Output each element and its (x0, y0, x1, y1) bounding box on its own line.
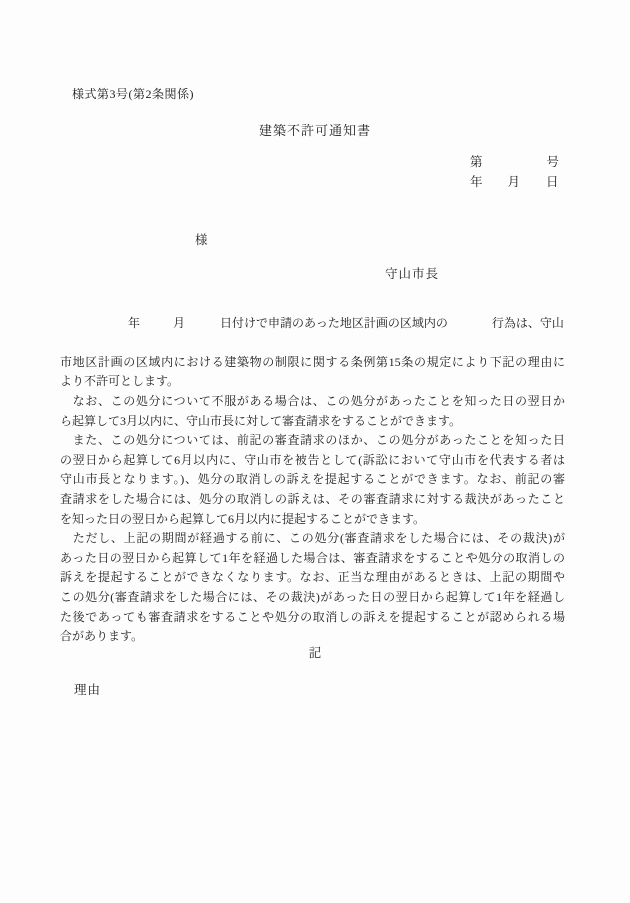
document-title: 建築不許可通知書 (0, 120, 630, 139)
document-number-blank-field (483, 165, 547, 166)
body-line: の翌日から起算して6月以内に、守山市を被告として(訴訟において守山市を代表する者… (60, 451, 565, 471)
body-line: 守山市長となります。)、処分の取消しの訴えを提起することができます。なお、前記の… (60, 470, 565, 490)
date-line: 年月日 (470, 172, 559, 192)
body-intro-line: 年月日付けで申請のあった地区計画の区域内の行為は、守山 (60, 294, 565, 353)
document-page: 様式第3号(第2条関係) 建築不許可通知書 第号 年月日 様 守山市長 年月日付… (0, 0, 630, 903)
body-line: ら起算して3月以内に、守山市長に対して審査請求をすることができます。 (60, 412, 565, 432)
ki-marker: 記 (0, 643, 630, 661)
date-year-label: 年 (470, 175, 483, 189)
date-month-blank-field (483, 185, 508, 186)
number-date-block: 第号 年月日 (470, 152, 559, 192)
body-line: 市地区計画の区域内における建築物の制限に関する条例第15条の規定により下記の理由… (60, 353, 565, 373)
date-day-blank-field (520, 185, 546, 186)
intro-tail-text: 行為は、守山 (492, 316, 564, 330)
body-line: 査請求をした場合には、処分の取消しの訴えは、その審査請求に対する裁決があったこと (60, 490, 565, 510)
body-line: た後であっても審査請求をすることや処分の取消しの訴えを提起することが認められる場 (60, 608, 565, 628)
intro-act-blank-field (448, 326, 492, 327)
date-day-label: 日 (546, 175, 559, 189)
document-number-line: 第号 (470, 152, 559, 172)
date-month-label: 月 (508, 175, 521, 189)
body-line: あった日の翌日から起算して1年を経過した場合は、審査請求をすることや処分の取消し… (60, 549, 565, 569)
intro-month-blank-field (140, 326, 173, 327)
body-line: を知った日の翌日から起算して6月以内に提起することができます。 (60, 510, 565, 530)
document-number-suffix: 号 (547, 155, 560, 169)
form-number-label: 様式第3号(第2条関係) (72, 85, 194, 102)
intro-year-label: 年 (128, 316, 140, 330)
body-text: 年月日付けで申請のあった地区計画の区域内の行為は、守山 市地区計画の区域内におけ… (60, 294, 565, 647)
sender-name: 守山市長 (385, 264, 439, 282)
body-line: この処分(審査請求をした場合には、その裁決)があった日の翌日から起算して1年を経… (60, 588, 565, 608)
intro-day-blank-field (185, 326, 220, 327)
body-line: ただし、上記の期間が経過する前に、この処分(審査請求をした場合には、その裁決)が (60, 529, 565, 549)
body-line: また、この処分については、前記の審査請求のほか、この処分があったことを知った日 (60, 431, 565, 451)
body-line: なお、この処分について不服がある場合は、この処分があったことを知った日の翌日か (60, 392, 565, 412)
document-number-prefix: 第 (470, 155, 483, 169)
intro-year-blank-field (78, 326, 128, 327)
body-line: より不許可とします。 (60, 372, 565, 392)
intro-day-text: 日付けで申請のあった地区計画の区域内の (220, 316, 448, 330)
reason-label: 理由 (74, 680, 101, 698)
addressee-honorific: 様 (195, 230, 208, 248)
body-line: 訴えを提起することができなくなります。なお、正当な理由があるときは、上記の期間や (60, 568, 565, 588)
intro-month-label: 月 (173, 316, 185, 330)
